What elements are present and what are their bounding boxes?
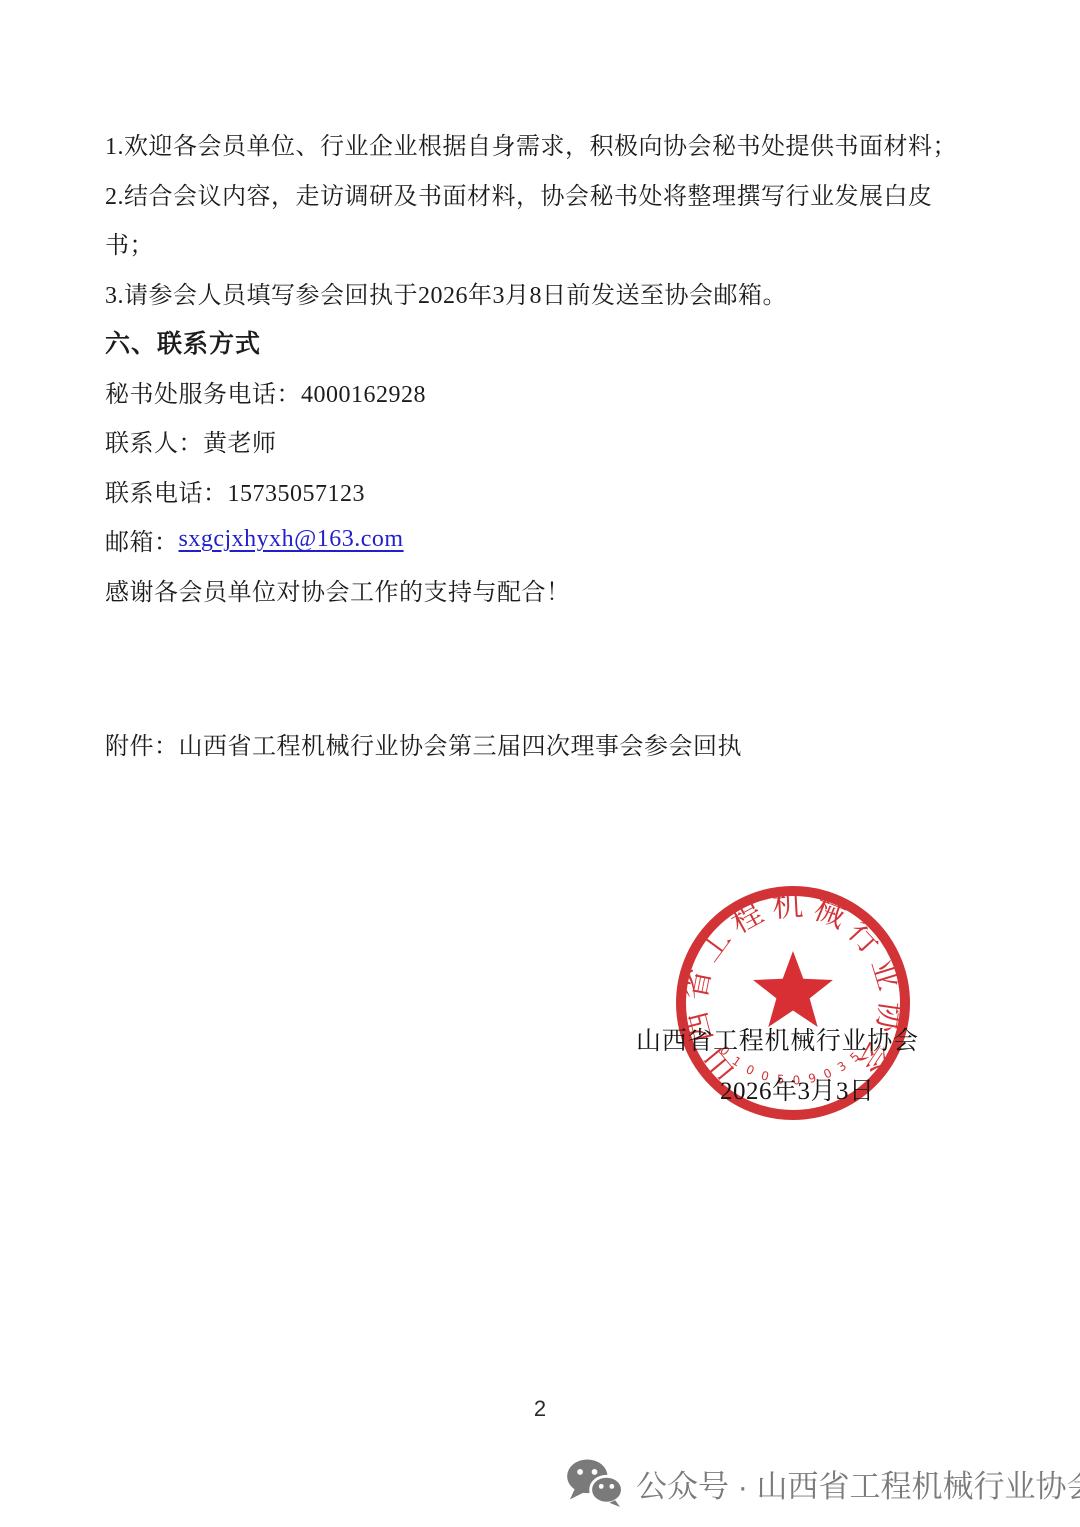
secretariat-phone-line: 秘书处服务电话：4000162928: [105, 367, 995, 417]
attachment-line: 附件：山西省工程机械行业协会第三届四次理事会参会回执: [105, 726, 742, 761]
document-page: 1.欢迎各会员单位、行业企业根据自身需求，积极向协会秘书处提供书面材料； 2.结…: [0, 0, 1080, 1527]
section-heading-contact: 六、联系方式: [105, 317, 995, 367]
seal-star-icon: [753, 951, 833, 1027]
signature-date: 2026年3月3日: [720, 1071, 875, 1107]
email-label: 邮箱：: [105, 522, 179, 557]
contact-phone-line: 联系电话：15735057123: [105, 466, 995, 516]
paragraph-line-2-wrap: 书；: [105, 218, 995, 268]
wechat-icon: [566, 1458, 624, 1508]
email-line: 邮箱：sxgcjxhyxh@163.com: [105, 515, 995, 565]
wechat-footer: 公众号 · 山西省工程机械行业协会: [566, 1458, 1080, 1508]
paragraph-line-3: 3.请参会人员填写参会回执于2026年3月8日前发送至协会邮箱。: [105, 268, 995, 318]
paragraph-line-1: 1.欢迎各会员单位、行业企业根据自身需求，积极向协会秘书处提供书面材料；: [105, 119, 995, 169]
wechat-account-label: 公众号 · 山西省工程机械行业协会: [636, 1461, 1080, 1506]
page-number: 2: [0, 1396, 1080, 1422]
email-link[interactable]: sxgcjxhyxh@163.com: [179, 526, 404, 553]
paragraph-line-2: 2.结合会议内容，走访调研及书面材料，协会秘书处将整理撰写行业发展白皮: [105, 169, 995, 219]
thanks-line: 感谢各会员单位对协会工作的支持与配合！: [105, 565, 995, 615]
document-body: 1.欢迎各会员单位、行业企业根据自身需求，积极向协会秘书处提供书面材料； 2.结…: [105, 119, 995, 614]
signature-org-name: 山西省工程机械行业协会: [636, 1021, 919, 1057]
contact-person-line: 联系人：黄老师: [105, 416, 995, 466]
